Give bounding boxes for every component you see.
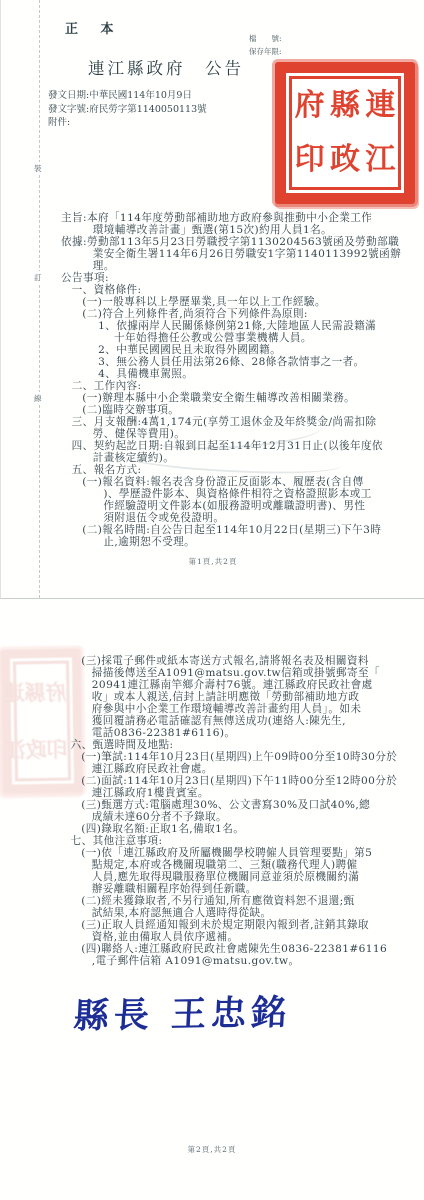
doc-line: (二)符合上列條件者,尚須符合下列條件為原則: [61, 308, 419, 320]
seal-char: 政 [330, 145, 360, 175]
official-seal: 連 江 縣 政 府 印 [275, 62, 415, 204]
seal-char: 江 [365, 145, 395, 175]
doc-line: (二)經未獲錄取者,不另行通知,所有應徵資料恕不退還;甄 [60, 895, 420, 907]
attachment-label: 附件: [48, 116, 207, 130]
binding-mark-xian: 線 [34, 392, 42, 405]
doc-line: 獲回覆請務必電話確認有無傳送成功(連絡人:陳先生, [60, 715, 420, 727]
binding-dashed-line [39, 0, 40, 598]
doc-line: 二、工作內容: [61, 380, 419, 392]
doc-line: 依據:勞動部113年5月23日勞職授字第1130204563號函及勞動部職 [61, 236, 419, 248]
doc-line: 掃描後傳送至A1091@matsu.gov.tw信箱或掛號郵寄至「 [60, 667, 420, 679]
seal-char: 縣 [330, 91, 360, 121]
page2-footer: 第2頁,共2頁 [0, 1144, 424, 1155]
doc-line: 公告事項: [61, 272, 419, 284]
doc-line: 止,逾期恕不受理。 [61, 536, 419, 548]
official-seal-grid: 連 江 縣 政 府 印 [289, 76, 401, 190]
archive-no-label: 檔 號: [249, 34, 282, 43]
doc-line: 成績未達60分者不予錄取。 [60, 811, 420, 823]
page1-body-text: 主旨:本府「114年度勞動部補助地方政府參與推動中小企業工作環境輔導改善計畫」甄… [61, 212, 419, 548]
doc-line: 資格,並由備取人員依序遞補。 [60, 931, 420, 943]
doc-line: 辦妥離職相關程序始得到任新職。 [60, 883, 420, 895]
doc-line: 十年始得擔任公教或公營事業機構人員。 [61, 332, 419, 344]
doc-line: 作經驗證明文件影本(如服務證明或離職證明書)、男性 [61, 500, 419, 512]
doc-line: 環境輔導改善計畫」甄選(第15次)約用人員1名。 [61, 224, 419, 236]
copy-type-label: 正 本 [65, 18, 123, 37]
doc-line: 1、依據兩岸人民關係條例第21條,大陸地區人民需設籍滿 [61, 320, 419, 332]
doc-line: 主旨:本府「114年度勞動部補助地方政府參與推動中小企業工作 [61, 212, 419, 224]
doc-line: 電話0836-22381#6116)。 [60, 727, 420, 739]
dispatch-meta: 發文日期:中華民國114年10月9日 發文字號:府民勞字第1140050113號… [48, 89, 207, 130]
doc-line: (二)臨時交辦事項。 [61, 404, 419, 416]
binding-mark-zhuang: 裝 [34, 162, 42, 175]
doc-line: (二)面試:114年10月23日(星期四)下午11時00分至12時00分於 [60, 775, 420, 787]
doc-line: 府參與中小企業工作環境輔導改善計畫約用人員」。如未 [60, 703, 420, 715]
doc-line: 連江縣政府民政社會處。 [60, 763, 420, 775]
doc-line: (三)採電子郵件或紙本寄送方式報名,請將報名表及相關資料 [60, 655, 420, 667]
doc-line: 2、中華民國國民且未取得外國國籍。 [61, 344, 419, 356]
issue-date: 發文日期:中華民國114年10月9日 [48, 89, 207, 103]
doc-line: 理。 [61, 260, 419, 272]
doc-line: ,電子郵件信箱 A1091@matsu.gov.tw。 [60, 955, 420, 967]
doc-line: 人員,應先取得現職服務單位機關同意並須於原機關約滿 [60, 871, 420, 883]
seal-char: 府 [295, 91, 325, 121]
doc-line: 須附退伍令或免役證明。 [61, 512, 419, 524]
doc-line: (一)筆試:114年10月23日(星期四)上午09時00分至10時30分於 [60, 751, 420, 763]
page2-body-text: (三)採電子郵件或紙本寄送方式報名,請將報名表及相關資料掃描後傳送至A1091@… [60, 655, 420, 967]
doc-line: )、學歷證件影本、與資格條件相符之資格證照影本或工 [61, 488, 419, 500]
page-1: 裝 訂 線 正 本 檔 號:保存年限: 連江縣政府 公告 發文日期:中華民國11… [0, 0, 424, 599]
doc-line: 一、資格條件: [61, 284, 419, 296]
page-2: 連 江 縣 政 府 印 (三)採電子郵件或紙本寄送方式報名,請將報名表及相關資料… [0, 599, 424, 1200]
doc-line: 20941連江縣南竿鄉介壽村76號。連江縣政府民政社會處 [60, 679, 420, 691]
page1-footer: 第1頁,共2頁 [1, 556, 424, 567]
doc-line: 3、無公務人員任用法第26條、28條各款情事之一者。 [61, 356, 419, 368]
official-seal-inner: 連 江 縣 政 府 印 [286, 73, 404, 193]
doc-line: 點規定,本府或各機關現職第二、三類(職務代理人)聘僱 [60, 859, 420, 871]
doc-line: 七、其他注意事項: [60, 835, 420, 847]
doc-line: 連江縣政府1樓貴賓室。 [60, 787, 420, 799]
binding-mark-ding: 訂 [34, 271, 42, 284]
doc-line: (一)報名資料:報名表含身份證正反面影本、履歷表(含自傳 [61, 476, 419, 488]
doc-line: (四)錄取名額:正取1名,備取1名。 [60, 823, 420, 835]
doc-line: (一)依「連江縣政府及所屬機關學校聘僱人員管理要點」第5 [60, 847, 420, 859]
doc-line: (三)甄選方式:電腦處理30%、公文書寫30%及口試40%,總 [60, 799, 420, 811]
scanned-announcement-document: 裝 訂 線 正 本 檔 號:保存年限: 連江縣政府 公告 發文日期:中華民國11… [0, 0, 424, 1200]
doc-line: 試結果,本府認無適合人選時得從缺。 [60, 907, 420, 919]
doc-line: 4、具備機車駕照。 [61, 368, 419, 380]
doc-line: 收」或本人親送,信封上請註明應徵「勞動部補助地方政 [60, 691, 420, 703]
doc-line: (四)聯絡人:連江縣政府民政社會處陳先生0836-22381#6116 [60, 943, 420, 955]
doc-line: (一)一般專科以上學歷畢業,具一年以上工作經驗。 [61, 296, 419, 308]
doc-line: (二)報名時間:自公告日起至114年10月22日(星期三)下午3時 [61, 524, 419, 536]
magistrate-signature: 縣長 王忠銘 [73, 985, 293, 1039]
seal-char: 印 [295, 145, 325, 175]
issue-number: 發文字號:府民勞字第1140050113號 [48, 103, 207, 117]
doc-line: 業安全衛生署114年6月26日勞職安1字第1140113992號函辦 [61, 248, 419, 260]
doc-line: 六、甄選時間及地點: [60, 739, 420, 751]
doc-line: (三)正取人員經通知報到未於規定期限內報到者,註銷其錄取 [60, 919, 420, 931]
doc-line: (一)辦理本縣中小企業職業安全衛生輔導改善相關業務。 [61, 392, 419, 404]
seal-char: 連 [365, 91, 395, 121]
